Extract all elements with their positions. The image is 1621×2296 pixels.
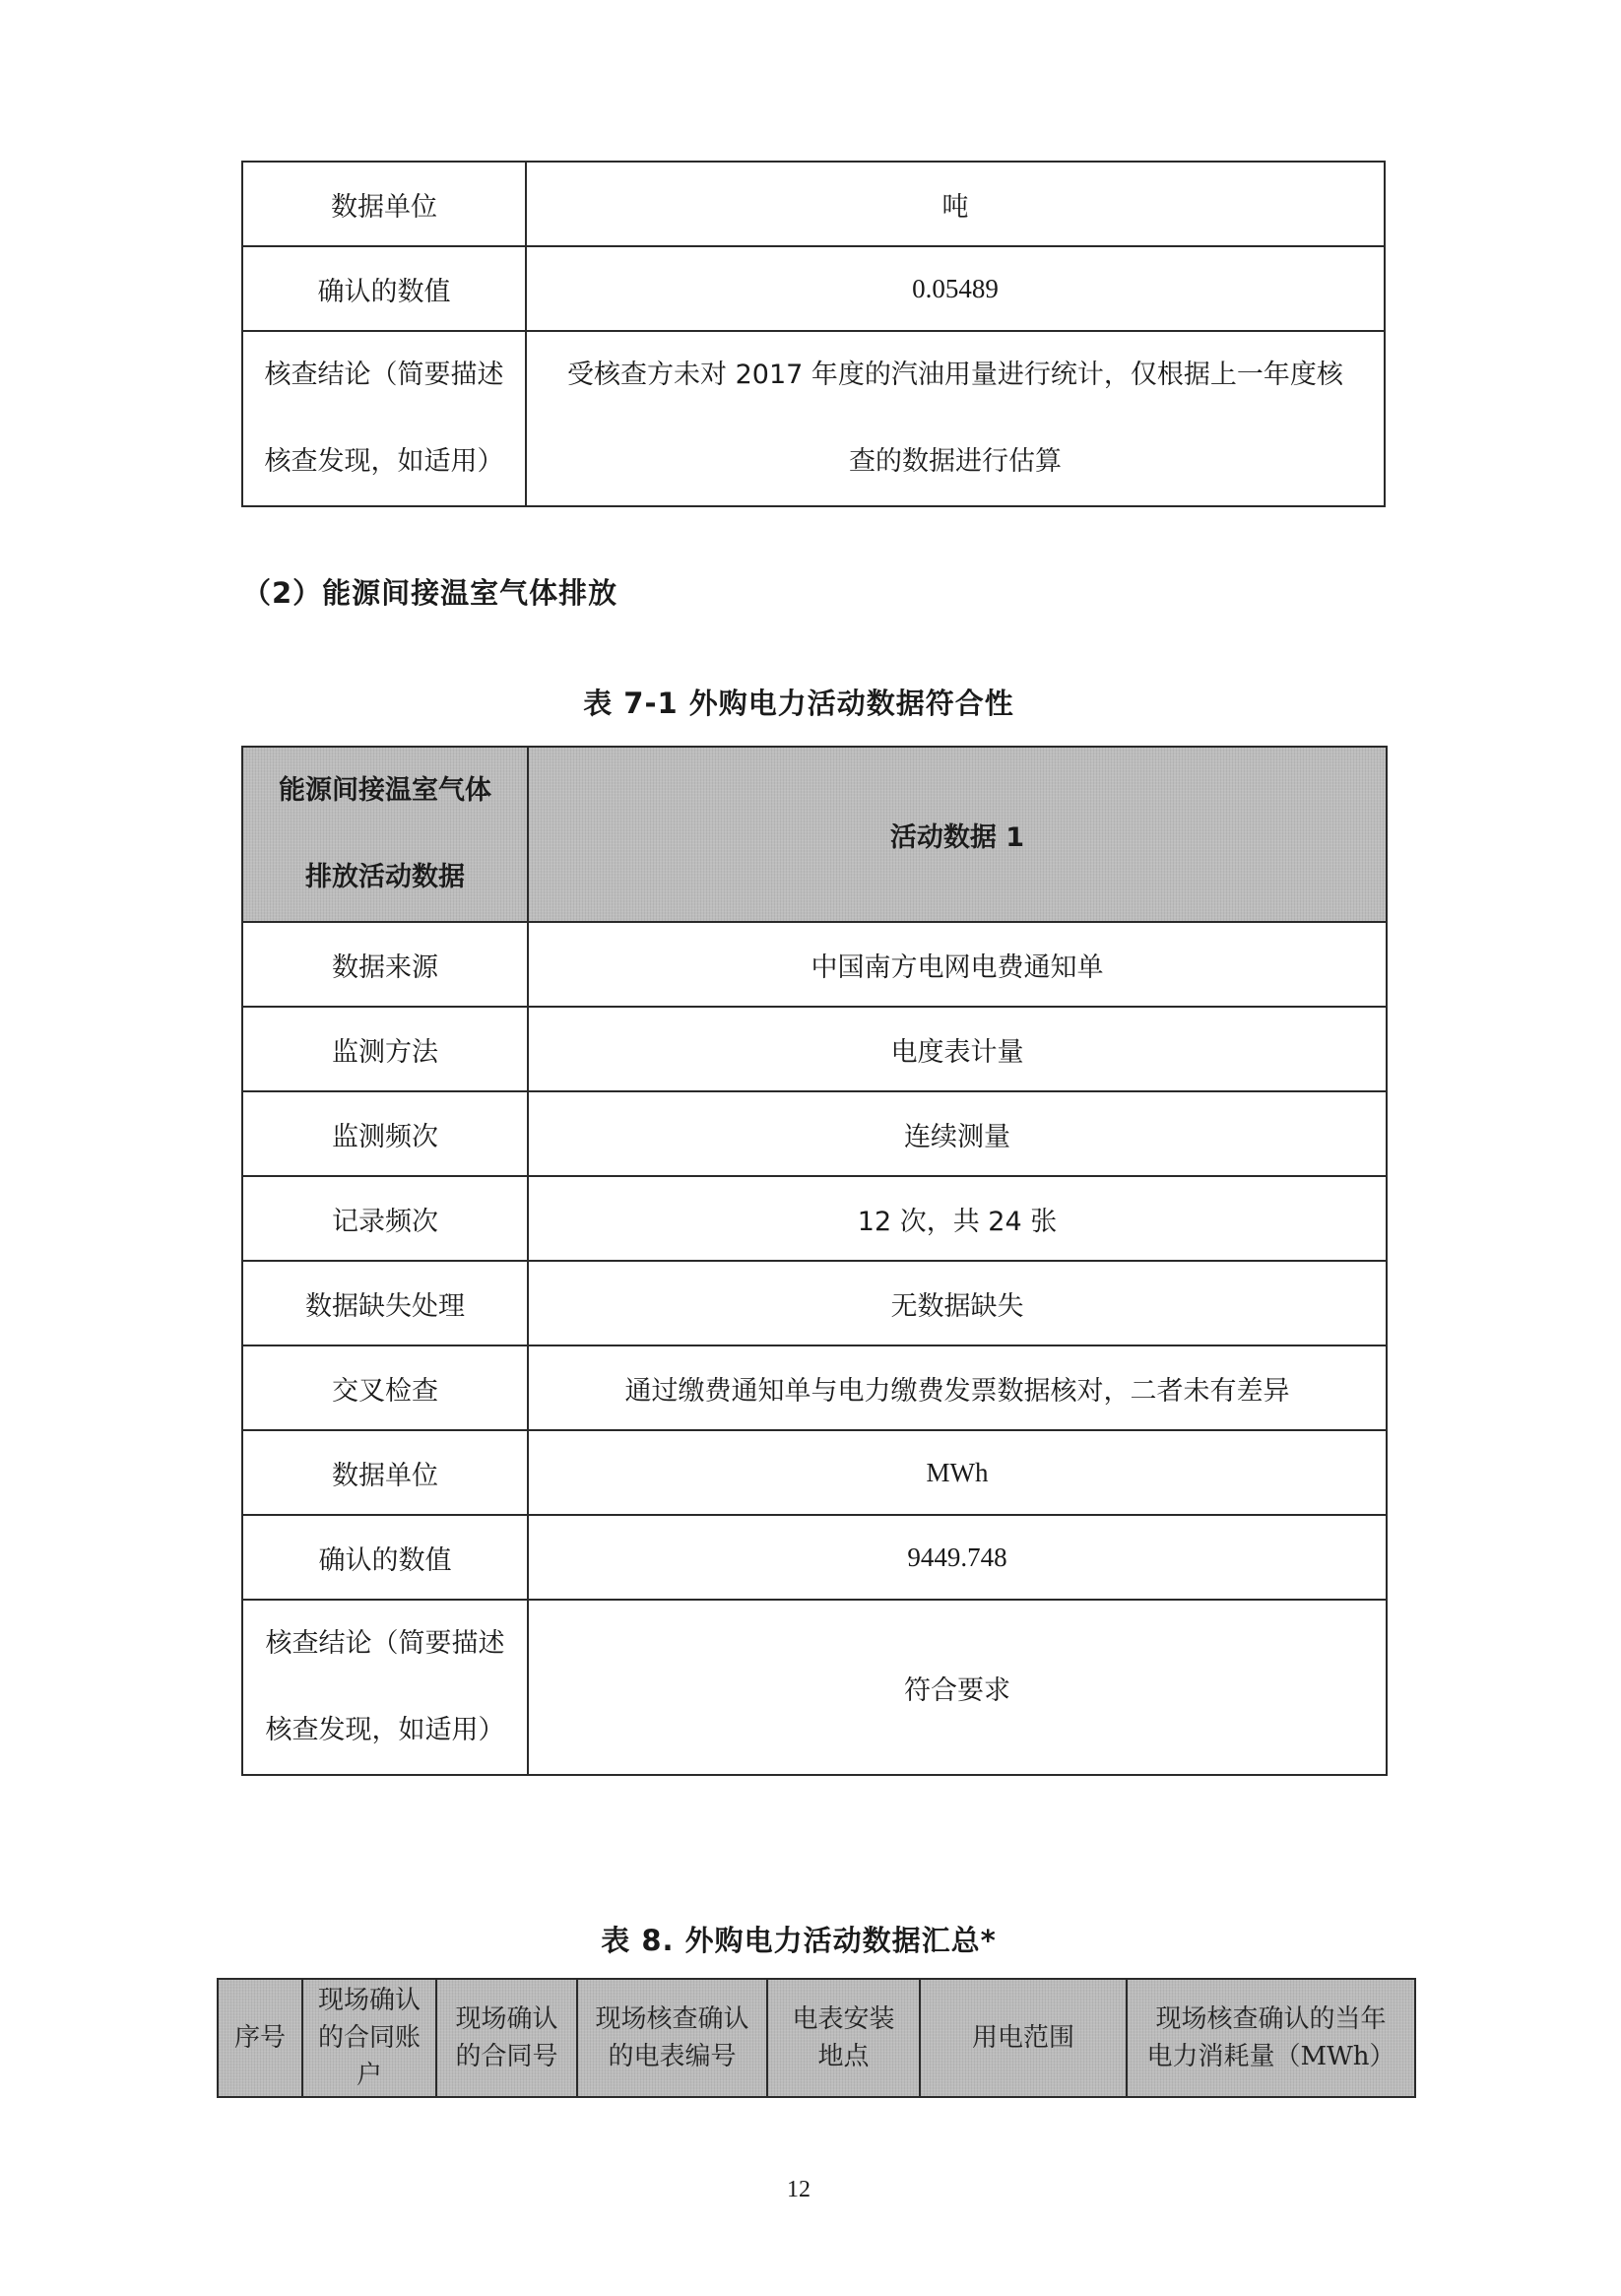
table-row: 数据缺失处理 无数据缺失 [242,1261,1387,1345]
table-row: 核查结论（简要描述 核查发现，如适用） 符合要求 [242,1600,1387,1775]
header-line: 现场确认 [437,2001,576,2038]
header-value-text: 活动数据 1 [890,822,1024,853]
header-line: 现场核查确认 [578,2001,766,2038]
column-header-meter-location: 电表安装 地点 [767,1979,920,2097]
table-header-row: 序号 现场确认 的合同账 户 现场确认 的合同号 现场核查确认 的电表编号 电表… [218,1979,1415,2097]
header-line: 现场确认 [303,1982,435,2019]
row-value: 无数据缺失 [528,1261,1387,1345]
row-label: 核查结论（简要描述 核查发现，如适用） [242,1600,528,1775]
row-value: 中国南方电网电费通知单 [528,922,1387,1007]
purchased-electricity-conformity-table: 能源间接温室气体 排放活动数据 活动数据 1 数据来源 中国南方电网电费通知单 … [241,746,1388,1776]
label-line: 排放活动数据 [243,834,527,921]
table-row: 数据单位 MWh [242,1430,1387,1515]
row-value: 9449.748 [528,1515,1387,1600]
label-line: 能源间接温室气体 [243,748,527,834]
label-line: 核查结论（简要描述 [243,1601,527,1687]
column-header-meter-number: 现场核查确认 的电表编号 [577,1979,767,2097]
header-line: 序号 [219,2019,301,2057]
table-row: 数据单位 吨 [242,162,1385,246]
row-value: 电度表计量 [528,1007,1387,1091]
header-line: 地点 [768,2038,919,2075]
column-header-consumption: 现场核查确认的当年 电力消耗量（MWh） [1127,1979,1415,2097]
label-line: 核查发现，如适用） [243,1687,527,1774]
table-row: 监测频次 连续测量 [242,1091,1387,1176]
table-row: 确认的数值 9449.748 [242,1515,1387,1600]
header-line: 电表安装 [768,2001,919,2038]
row-label: 确认的数值 [242,246,526,331]
table-header-row: 能源间接温室气体 排放活动数据 活动数据 1 [242,747,1387,922]
value-line: 查的数据进行估算 [527,419,1384,505]
table-row: 确认的数值 0.05489 [242,246,1385,331]
page-number: 12 [0,2177,1609,2203]
row-label: 数据单位 [242,1430,528,1515]
row-value: 受核查方未对 2017 年度的汽油用量进行统计，仅根据上一年度核 查的数据进行估… [526,331,1385,506]
gasoline-activity-data-table: 数据单位 吨 确认的数值 0.05489 核查结论（简要描述 核查发现，如适用）… [241,161,1386,507]
table-row: 核查结论（简要描述 核查发现，如适用） 受核查方未对 2017 年度的汽油用量进… [242,331,1385,506]
column-header-index: 序号 [218,1979,302,2097]
row-value: MWh [528,1430,1387,1515]
row-label: 数据缺失处理 [242,1261,528,1345]
row-value: 符合要求 [528,1600,1387,1775]
header-value: 活动数据 1 [528,747,1387,922]
row-label: 数据来源 [242,922,528,1007]
row-label: 监测方法 [242,1007,528,1091]
row-value: 12 次，共 24 张 [528,1176,1387,1261]
header-line: 用电范围 [921,2019,1126,2057]
label-line: 核查结论（简要描述 [243,332,525,419]
table-row: 数据来源 中国南方电网电费通知单 [242,922,1387,1007]
table-row: 记录频次 12 次，共 24 张 [242,1176,1387,1261]
table-row: 监测方法 电度表计量 [242,1007,1387,1091]
row-label: 交叉检查 [242,1345,528,1430]
row-label: 记录频次 [242,1176,528,1261]
header-line: 现场核查确认的当年 [1128,2001,1414,2038]
row-label: 核查结论（简要描述 核查发现，如适用） [242,331,526,506]
header-line: 的合同号 [437,2038,576,2075]
column-header-contract-account: 现场确认 的合同账 户 [302,1979,436,2097]
table-row: 交叉检查 通过缴费通知单与电力缴费发票数据核对，二者未有差异 [242,1345,1387,1430]
row-value: 0.05489 [526,246,1385,331]
row-value: 吨 [526,162,1385,246]
column-header-contract-number: 现场确认 的合同号 [436,1979,577,2097]
purchased-electricity-summary-table: 序号 现场确认 的合同账 户 现场确认 的合同号 现场核查确认 的电表编号 电表… [217,1978,1416,2098]
table-caption: 表 8. 外购电力活动数据汇总* [0,1919,1609,1959]
row-value: 通过缴费通知单与电力缴费发票数据核对，二者未有差异 [528,1345,1387,1430]
row-label: 确认的数值 [242,1515,528,1600]
header-line: 的电表编号 [578,2038,766,2075]
row-label: 监测频次 [242,1091,528,1176]
header-line: 户 [303,2057,435,2094]
section-heading: （2）能源间接温室气体排放 [242,571,617,612]
label-line: 核查发现，如适用） [243,419,525,505]
column-header-usage-scope: 用电范围 [920,1979,1127,2097]
value-line: 受核查方未对 2017 年度的汽油用量进行统计，仅根据上一年度核 [527,332,1384,419]
row-label: 数据单位 [242,162,526,246]
header-line: 电力消耗量（MWh） [1128,2038,1414,2075]
header-label: 能源间接温室气体 排放活动数据 [242,747,528,922]
header-line: 的合同账 [303,2019,435,2057]
row-value: 连续测量 [528,1091,1387,1176]
table-caption: 表 7-1 外购电力活动数据符合性 [0,682,1609,722]
